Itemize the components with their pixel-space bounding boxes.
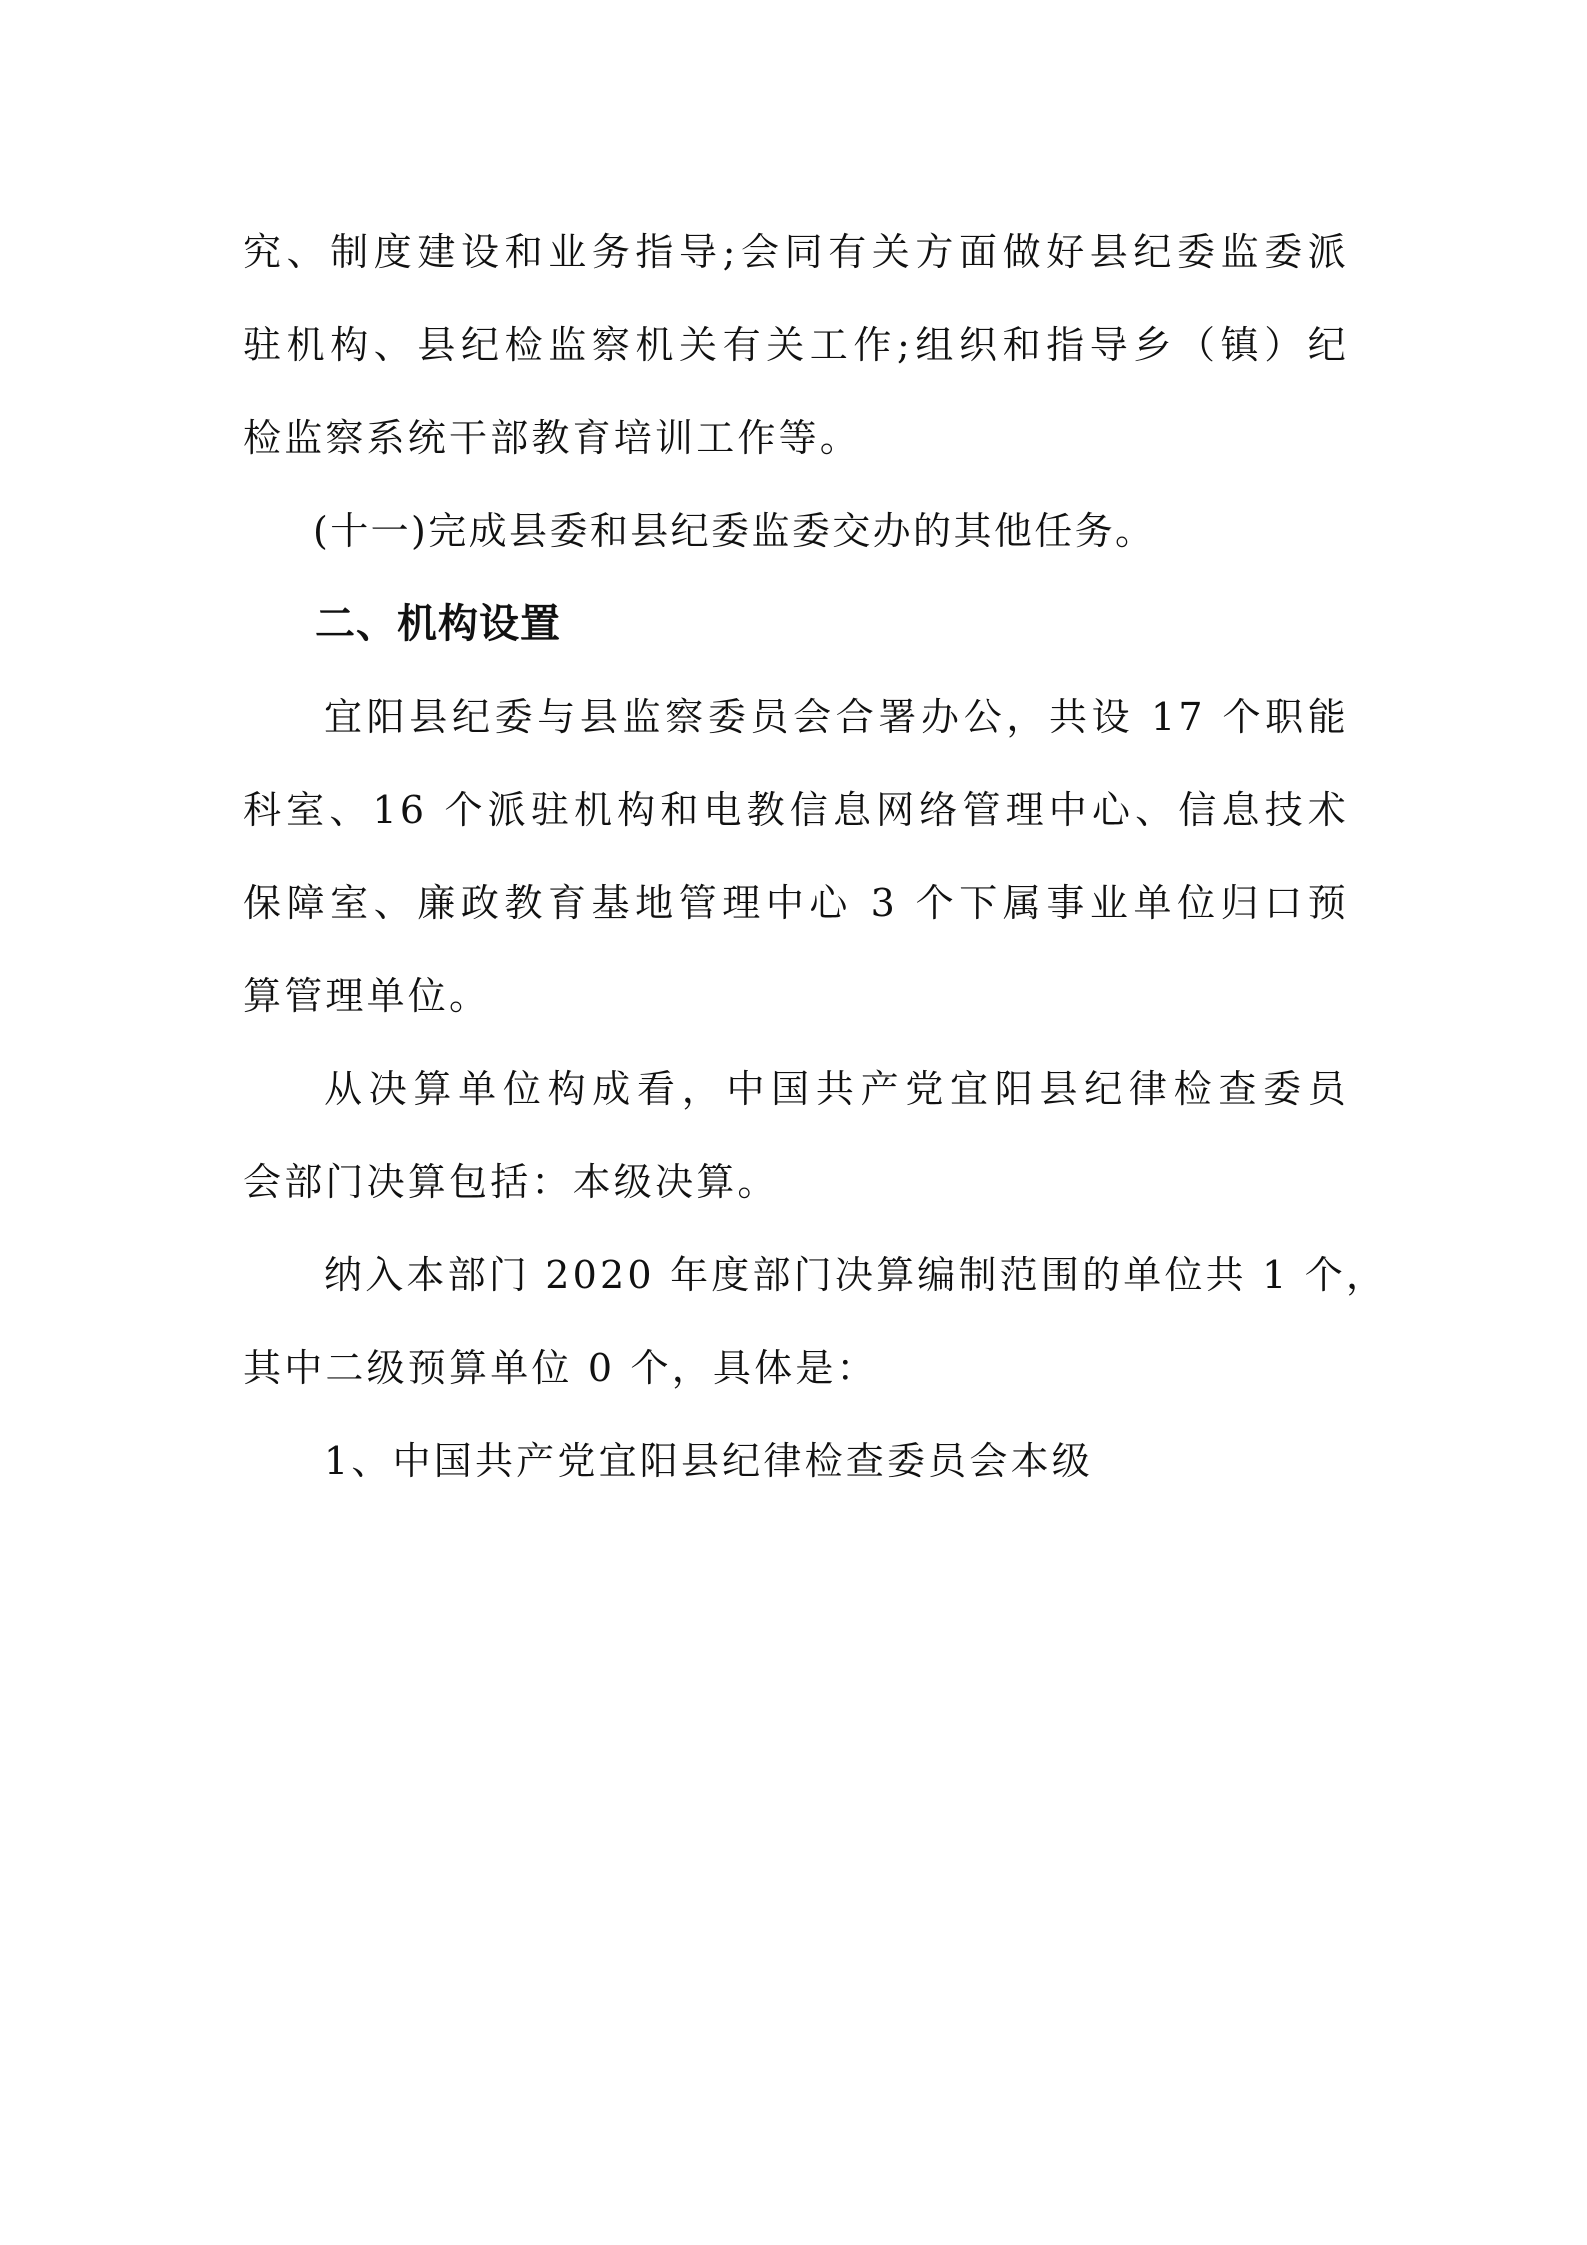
document-body: 究、制度建设和业务指导;会同有关方面做好县纪委监委派 驻机构、县纪检监察机关有关… — [243, 222, 1349, 1524]
paragraph-continued-duties: 究、制度建设和业务指导;会同有关方面做好县纪委监委派 驻机构、县纪检监察机关有关… — [243, 222, 1349, 501]
text-line: 驻机构、县纪检监察机关有关工作;组织和指导乡（镇）纪 — [243, 315, 1349, 408]
text-line: 纳入本部门 2020 年度部门决算编制范围的单位共 1 个， — [243, 1245, 1349, 1338]
paragraph-item-11: (十一)完成县委和县纪委监委交办的其他任务。 — [243, 501, 1349, 594]
text-line: 会部门决算包括：本级决算。 — [243, 1152, 1349, 1245]
text-line: 宜阳县纪委与县监察委员会合署办公，共设 17 个职能 — [243, 687, 1349, 780]
text-line: 科室、16 个派驻机构和电教信息网络管理中心、信息技术 — [243, 780, 1349, 873]
text-line: 保障室、廉政教育基地管理中心 3 个下属事业单位归口预 — [243, 873, 1349, 966]
list-item-1: 1、中国共产党宜阳县纪律检查委员会本级 — [243, 1431, 1349, 1524]
paragraph-budget-composition: 从决算单位构成看，中国共产党宜阳县纪律检查委员 会部门决算包括：本级决算。 — [243, 1059, 1349, 1245]
text-line: 究、制度建设和业务指导;会同有关方面做好县纪委监委派 — [243, 222, 1349, 315]
text-line: 检监察系统干部教育培训工作等。 — [243, 408, 1349, 501]
paragraph-units-included: 纳入本部门 2020 年度部门决算编制范围的单位共 1 个， 其中二级预算单位 … — [243, 1245, 1349, 1431]
section-heading: 二、机构设置 — [243, 594, 1349, 687]
paragraph-org-structure: 宜阳县纪委与县监察委员会合署办公，共设 17 个职能 科室、16 个派驻机构和电… — [243, 687, 1349, 1059]
list-item-11: (十一)完成县委和县纪委监委交办的其他任务。 — [243, 501, 1349, 594]
text-line: 从决算单位构成看，中国共产党宜阳县纪律检查委员 — [243, 1059, 1349, 1152]
paragraph-unit-list: 1、中国共产党宜阳县纪律检查委员会本级 — [243, 1431, 1349, 1524]
document-page: 究、制度建设和业务指导;会同有关方面做好县纪委监委派 驻机构、县纪检监察机关有关… — [0, 0, 1587, 2245]
text-line: 其中二级预算单位 0 个，具体是： — [243, 1338, 1349, 1431]
text-line: 算管理单位。 — [243, 966, 1349, 1059]
